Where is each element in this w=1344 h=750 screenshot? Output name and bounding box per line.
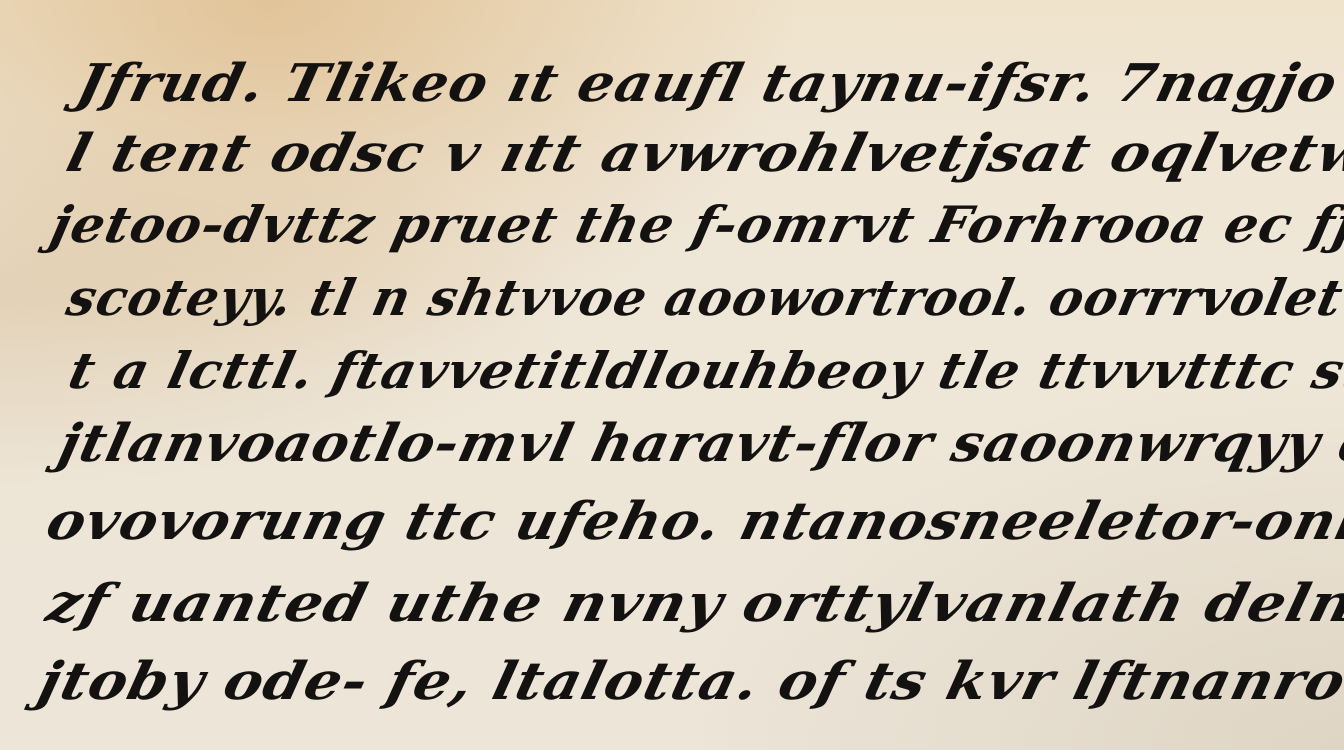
handwritten-line: zf uanted uthe nvny orttylvanlath delnrw… bbox=[41, 573, 1344, 634]
handwritten-line: l tent odsc v ıtt avwrohlvetjsat oqlvetw… bbox=[61, 123, 1344, 184]
handwritten-line: t a lcttl. ftavvetitldlouhbeoy tle ttvvv… bbox=[63, 341, 1344, 400]
handwritten-line: jtoby ode- fe, ltalotta. of ts kvr lftna… bbox=[33, 651, 1344, 712]
handwritten-line: scoteyy. tl n shtvvoe aoowortrool. oorrr… bbox=[62, 268, 1344, 327]
handwritten-line: jetoo-dvttz pruet the f-omrvt Forhrooa e… bbox=[45, 195, 1344, 254]
handwritten-line: Jfrud. Tlikeo ıt eaufl taynu-ifsr. 7nagj… bbox=[71, 53, 1344, 114]
handwritten-page: Jfrud. Tlikeo ıt eaufl taynu-ifsr. 7nagj… bbox=[0, 0, 1344, 750]
handwritten-line: jtlanvoaotlo-mvl haravt-flor saoonwrqyy … bbox=[53, 413, 1344, 474]
handwritten-line: ovovorung ttc ufeho. ntanosneeletor-onle… bbox=[41, 491, 1344, 552]
